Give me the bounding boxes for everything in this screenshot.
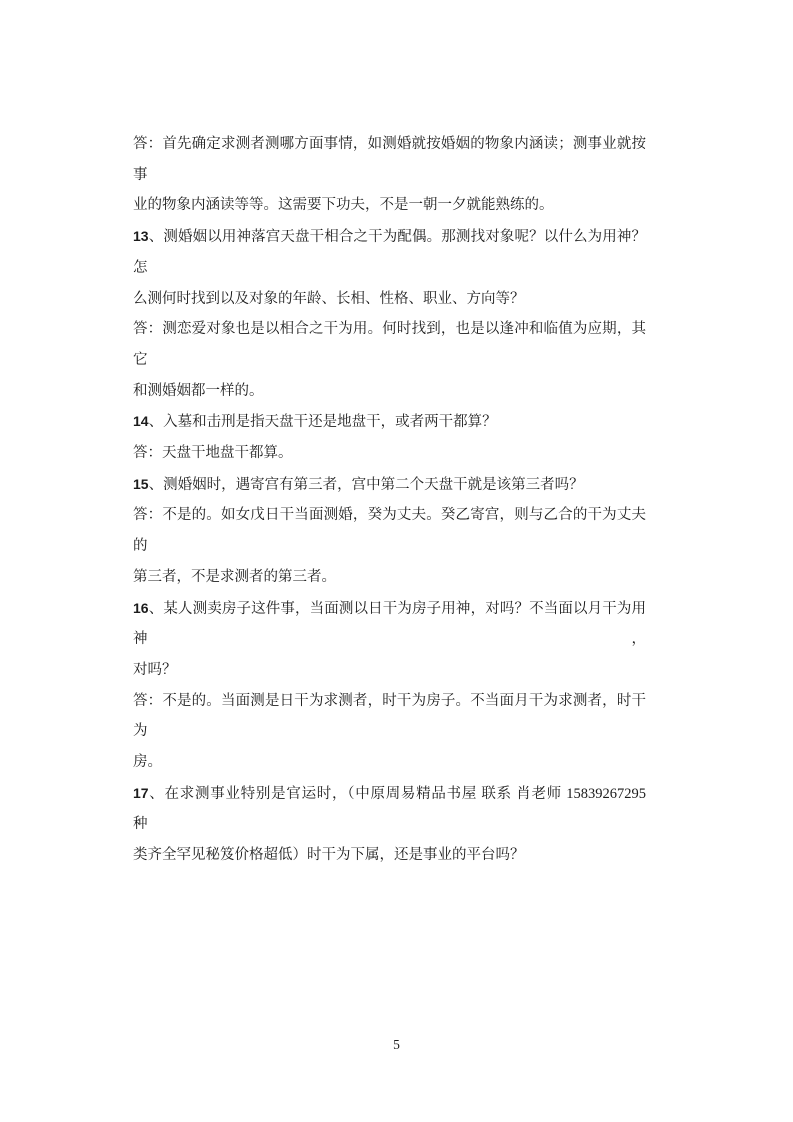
question-line: 14、入墓和击刑是指天盘干还是地盘干，或者两干都算？	[133, 406, 646, 438]
qa-content: 答：首先确定求测者测哪方面事情，如测婚就按婚姻的物象内涵读；测事业就按事业的物象…	[133, 129, 646, 871]
answer-line: 第三者，不是求测者的第三者。	[133, 562, 646, 593]
answer-line: 答：首先确定求测者测哪方面事情，如测婚就按婚姻的物象内涵读；测事业就按事	[133, 129, 646, 190]
question-number: 13	[133, 228, 149, 244]
question-line: 对吗？	[133, 655, 646, 686]
answer-line: 答：测恋爱对象也是以相合之干为用。何时找到，也是以逢冲和临值为应期，其它	[133, 314, 646, 375]
document-page: 答：首先确定求测者测哪方面事情，如测婚就按婚姻的物象内涵读；测事业就按事业的物象…	[0, 0, 793, 1122]
question-line: 17、在求测事业特别是官运时，（中原周易精品书屋 联系 肖老师 15839267…	[133, 778, 646, 840]
answer-line: 答：不是的。如女戊日干当面测婚，癸为丈夫。癸乙寄宫，则与乙合的干为丈夫的	[133, 500, 646, 561]
question-number: 17	[133, 785, 149, 801]
question-line: 么测何时找到以及对象的年龄、长相、性格、职业、方向等？	[133, 284, 646, 315]
answer-line: 业的物象内涵读等等。这需要下功夫，不是一朝一夕就能熟练的。	[133, 190, 646, 221]
answer-line: 答：天盘干地盘干都算。	[133, 438, 646, 469]
page-number: 5	[0, 1037, 793, 1053]
question-number: 14	[133, 413, 149, 429]
question-line: 13、测婚姻以用神落宫天盘干相合之干为配偶。那测找对象呢？以什么为用神？怎	[133, 221, 646, 283]
question-line: 类齐全罕见秘笈价格超低）时干为下属，还是事业的平台吗？	[133, 840, 646, 871]
answer-line: 房。	[133, 747, 646, 778]
answer-line: 答：不是的。当面测是日干为求测者，时干为房子。不当面月干为求测者，时干为	[133, 686, 646, 747]
question-line: 15、测婚姻时，遇寄宫有第三者，宫中第二个天盘干就是该第三者吗？	[133, 469, 646, 501]
question-number: 15	[133, 476, 149, 492]
question-line: 16、某人测卖房子这件事，当面测以日干为房子用神，对吗？不当面以月干为用神，	[133, 593, 646, 655]
answer-line: 和测婚姻都一样的。	[133, 376, 646, 407]
question-number: 16	[133, 600, 149, 616]
